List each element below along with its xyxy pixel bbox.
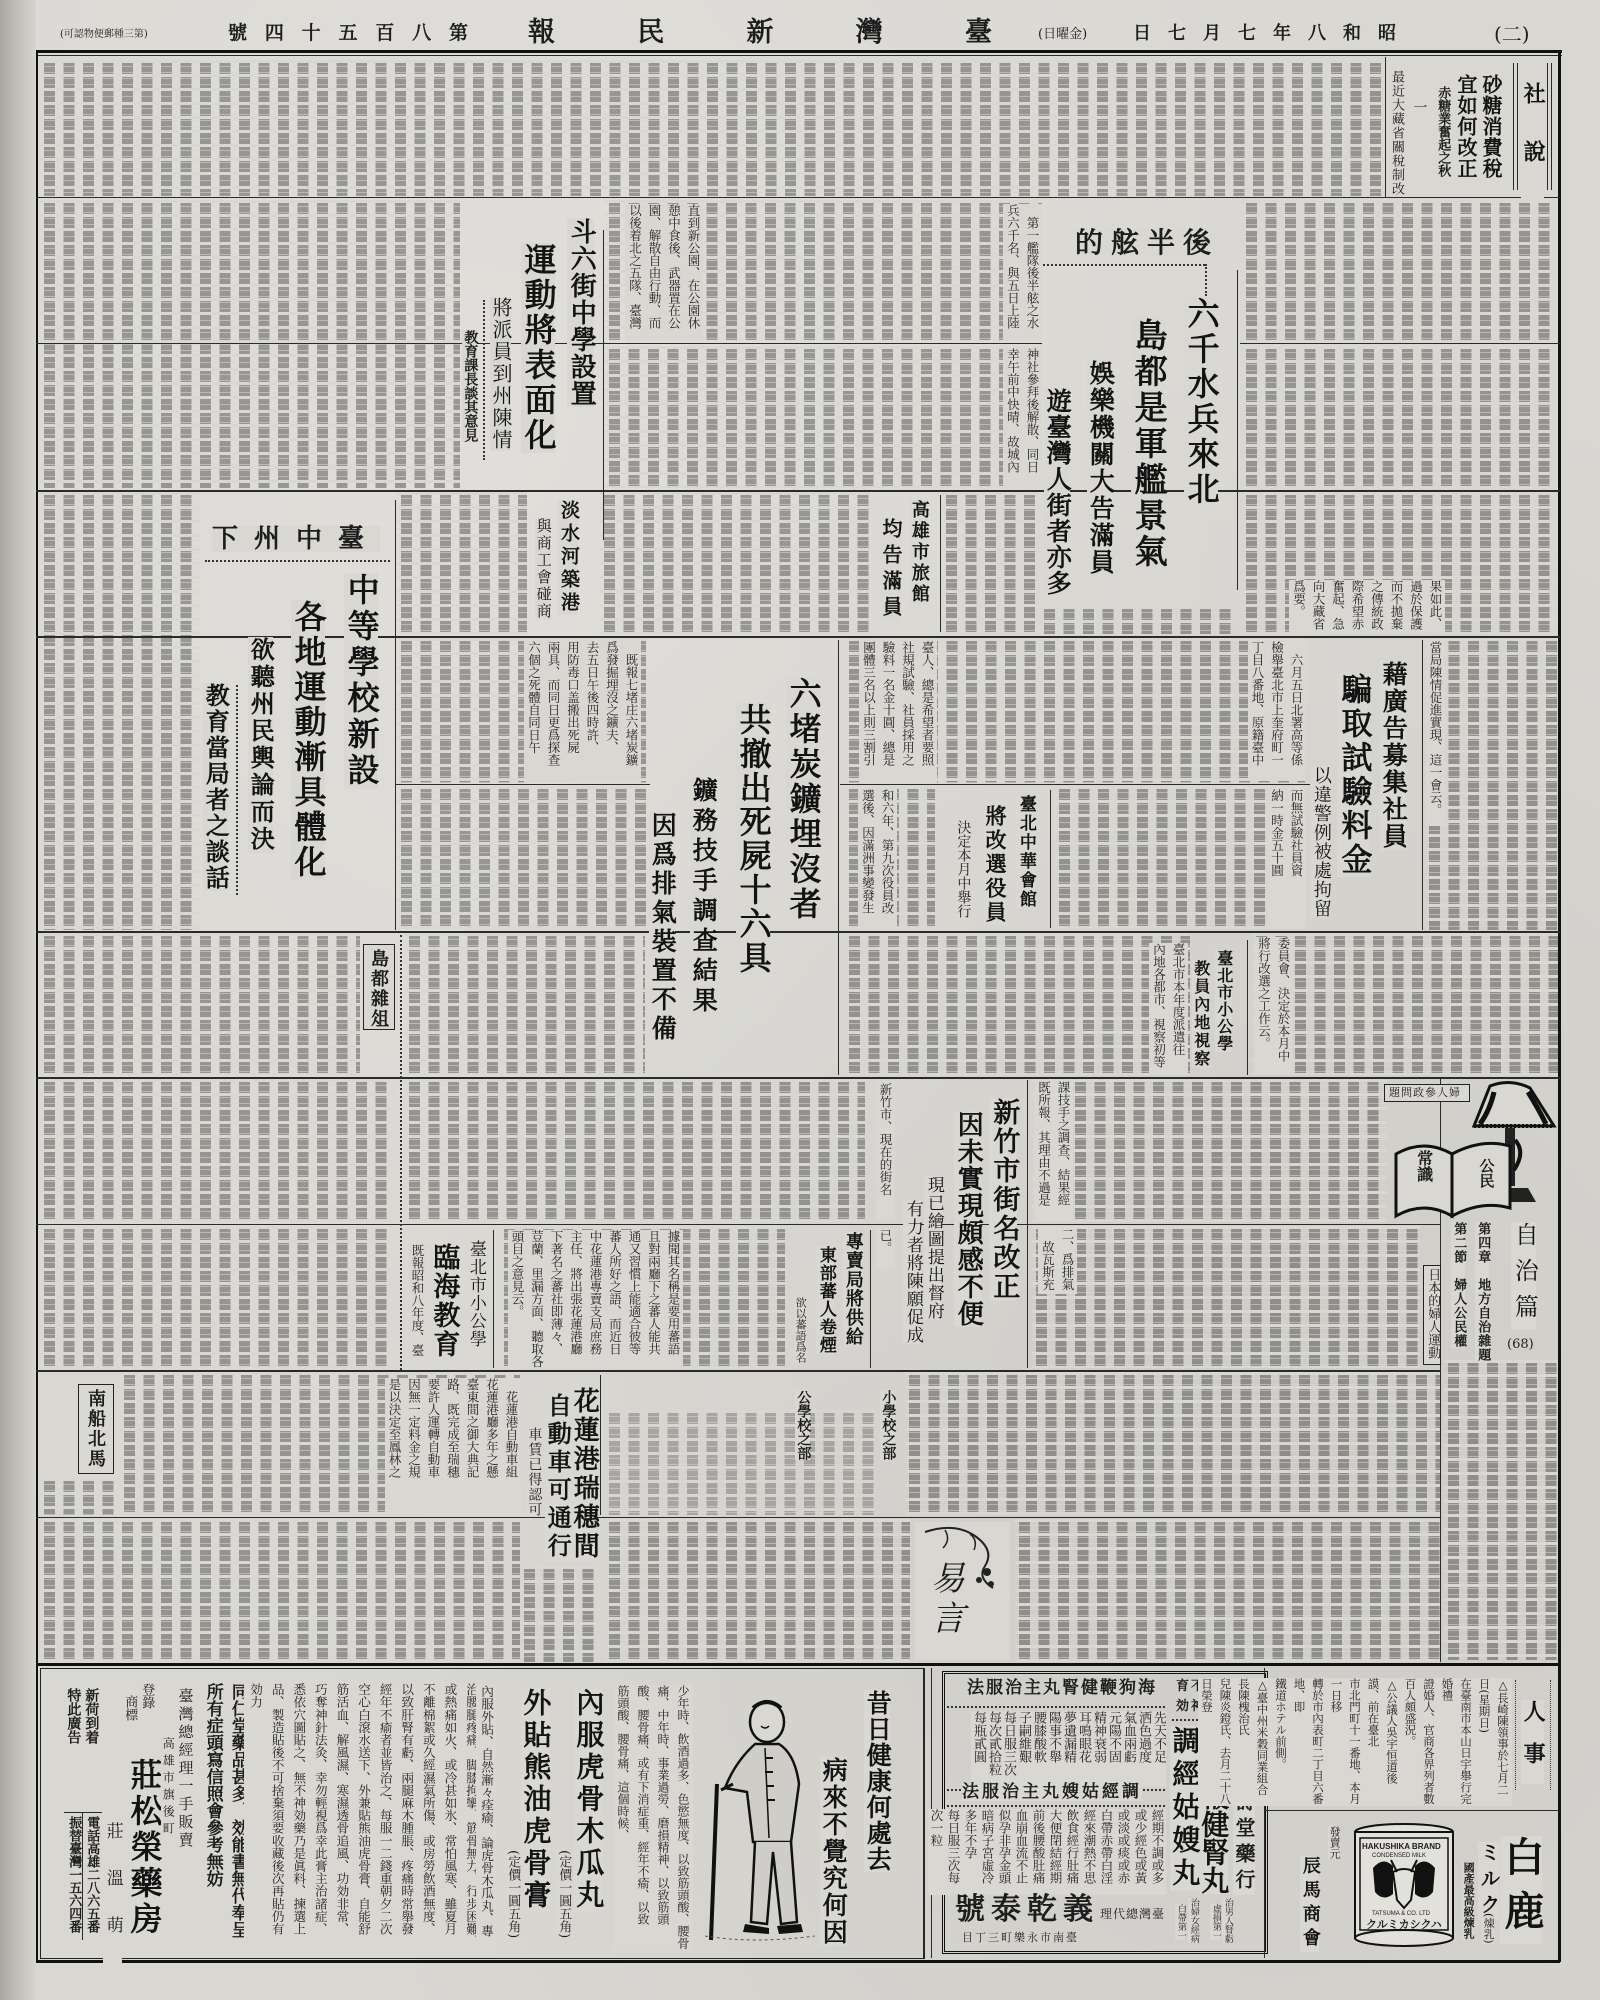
ad-agent-name: 義乾泰號 <box>955 1895 1099 1925</box>
ad-usage-table: 先天不足 洒色過度 氣血兩虧 元陽不固 精神衰弱 耳鳴眼花 夢遺漏精 陽事不舉 … <box>971 1711 1166 1787</box>
chinese-assoc-headline: 將改選役員 <box>984 805 1006 925</box>
chinese-assoc-body-end: 委員會、決定於本月中 將行改選之工作云。 <box>1254 937 1293 1075</box>
issue-date: 昭和八年七月七日 <box>1133 25 1396 43</box>
wavy-rule <box>236 685 238 895</box>
seaside-body: 既報昭和八年度、臺 <box>408 1244 428 1366</box>
can-brand-text: HAKUSHIKA BRAND <box>1362 1843 1441 1851</box>
travel-label-text: 南船北馬 <box>86 1389 104 1469</box>
navy-subhead: 遊臺灣人街者亦多 <box>1044 388 1070 596</box>
milk-seller-label: 發賣元 <box>1328 1826 1340 1859</box>
text-block <box>40 1519 520 1662</box>
text-block <box>1040 606 1238 634</box>
kaohsiung-headline: 高雄市旅館 <box>909 500 928 605</box>
editorial-title: 宜如何改正 <box>1455 74 1476 179</box>
ad-usage-title: 調經姑嫂丸主治服法 <box>962 1784 1142 1801</box>
text-block <box>905 1372 1440 1515</box>
ad-price: (定價一圓五角) <box>505 1850 519 1938</box>
middle-school-headline: 各地運動漸具體化 <box>291 600 325 880</box>
hsinchu-headline: 因未實現頗感不便 <box>954 1111 981 1327</box>
text-block <box>40 1478 120 1515</box>
torn-paper-edge <box>0 0 36 2000</box>
wavy-rule <box>483 300 485 460</box>
douliu-headline: 運動將表面化 <box>521 243 555 453</box>
navy-kicker: 後半舷的 <box>1075 229 1219 257</box>
ad-shop-name: 莊松榮藥房 <box>127 1758 161 1938</box>
coal-mine-headline: 六堵炭鑛埋沒者 <box>786 677 820 922</box>
personnel-items: △長崎陳領事於七月二日(星期日) 在臺南市本山日宇舉行完婚禮 證婚人、官商各界列… <box>1198 1678 1513 1806</box>
wavy-rule <box>1205 264 1207 296</box>
page-number: (二) <box>1494 24 1530 44</box>
teachers-headline: 臺北市小公學 <box>1215 950 1232 1052</box>
hualien-body: 花蓮港自動車組 花蓮港廳多年之懸 臺東間之御大典記 路、既完成至瑞穗 要許人運轉… <box>385 1378 522 1513</box>
column-rule <box>1027 1080 1028 1368</box>
hsinchu-subhead: 有力者將陳願促成 <box>903 1200 921 1344</box>
island-capital-column-label: 島都雜俎 <box>363 944 395 1030</box>
text-block <box>40 1079 395 1222</box>
text-block <box>405 1079 865 1222</box>
milk-product-note: (煉乳) <box>1482 1913 1494 1944</box>
hualien-headline: 花蓮港瑞穗間 <box>570 1387 597 1561</box>
row-rule <box>36 1517 1440 1518</box>
ad-tiger-body-2: 內服外貼、自然漸々痊瘉、論虎骨木瓜丸、專 <box>476 1685 496 1955</box>
kaohsiung-headline: 均告滿員 <box>880 518 901 622</box>
douliu-inner-head: 教育課長談其意見 <box>462 330 477 442</box>
row-rule <box>36 931 1560 933</box>
ad-fraud-body: 六月五日北署高等係 檢舉臺北市上奎府町一 丁目八番地、原籍臺中 <box>1248 641 1307 781</box>
ad-fraud-headline: 藉廣告募集社員 <box>1380 661 1406 850</box>
editorial-box-line <box>1551 63 1552 190</box>
douliu-subhead: 將派員到州陳情 <box>490 297 511 451</box>
hsinchu-body-end: 已。 <box>876 1229 896 1269</box>
ad-owner: 莊溫萌 <box>103 1822 122 1963</box>
teachers-body: 臺北市本年度派遣往 內地各都市、視察初等 <box>1149 943 1188 1075</box>
ad-usage-table: 經期不調或多 或少經色或黃 或淡或痰或赤 白帶赤帶白淫 經來潮熱不思 飲食經行肚… <box>928 1809 1166 1895</box>
text-block <box>397 786 647 929</box>
ad-agent-address: 臺南市永樂町三丁目 <box>962 1932 1079 1943</box>
ads-rule <box>36 1663 1560 1666</box>
text-block <box>605 1519 910 1662</box>
wavy-rule <box>205 560 390 562</box>
ad-fraud-body: 臺人、總是希望者要照 社規試驗、社員採用之 驗料一名金十圓、總是 團體三名以上則… <box>859 641 937 783</box>
text-block <box>1032 1226 1420 1368</box>
text-block <box>605 1410 875 1515</box>
navy-headline: 島都是軍艦景氣 <box>1131 318 1166 570</box>
ad-slogan: 昔日健康何處去 <box>864 1690 890 1872</box>
hualien-headline: 自動車可通行 <box>545 1393 570 1561</box>
ad-catalog-line: 所有症頭寫信照會參考無妨 <box>203 1683 222 1887</box>
ad-product-name: 內服虎骨木瓜丸 <box>574 1688 603 1912</box>
editorial-lead: 最近大藏省關稅制改 <box>1390 70 1403 196</box>
book-right-text: 公民 <box>1478 1158 1495 1188</box>
text-block <box>405 933 645 1075</box>
ad-note: 治婦女經病 <box>1188 1898 1198 1943</box>
text-block <box>600 492 870 634</box>
can-maker-text: TATSUMA & CO. LTD <box>1372 1911 1430 1917</box>
column-rule <box>1247 940 1248 1075</box>
monopoly-headline: 專賣局將供給 <box>843 1232 862 1346</box>
phone-bracket <box>64 1812 102 1813</box>
seaside-headline: 臨海教育 <box>429 1243 457 1359</box>
text-block <box>40 1226 395 1368</box>
ad-transfer: 振替臺灣一五六四番 <box>66 1816 80 1933</box>
milk-product: ミルク <box>1478 1842 1499 1920</box>
ad-agent-label: 臺灣總代理 <box>1100 1908 1165 1920</box>
chinese-assoc-headline: 臺北中華會館 <box>1016 795 1034 909</box>
text-block <box>40 933 360 1075</box>
row-rule <box>36 1224 1440 1225</box>
personnel-label-rule <box>1550 1680 1551 1790</box>
civics-box-label-text: 婦人參政問題 <box>1389 1087 1461 1098</box>
ad-tiger-body: 少年時、飲酒過多、色慾無度、以致筋頭酸、腰骨 痛、中年時、事業過勞、磨損精神、以… <box>613 1685 693 1951</box>
ad-fraud-subhead: 以違警例被處拘留 <box>1311 766 1330 918</box>
middle-school-subhead: 欲聽州民輿論而決 <box>248 637 273 853</box>
teachers-headline: 教員內地視察 <box>1192 960 1209 1068</box>
hsinchu-body: 新竹市、現在的街名 <box>876 1083 896 1219</box>
ad-notice: 特此廣告 <box>65 1688 80 1744</box>
text-block <box>1015 1519 1440 1662</box>
column-rule <box>603 230 604 540</box>
coal-mine-body: 既報七堵庄六堵炭鑛 爲發掘埋沒之鑛夫、 去五日午後四時許、 用防毒口盖搬出死屍 … <box>524 641 641 783</box>
text-block <box>1444 1360 1558 1660</box>
editorial-label: 社說 <box>1521 82 1544 198</box>
masthead-rule <box>36 50 1562 53</box>
column-rule <box>1422 640 1423 930</box>
chinese-assoc-body: 和六年、第九次役員改 選後、因滿洲事變發生 <box>858 789 897 929</box>
row-rule <box>36 197 1560 198</box>
column-rule <box>870 1230 871 1368</box>
column-rule <box>940 495 941 632</box>
ad-divider <box>923 1668 924 1958</box>
civics-series-title: 自治篇 <box>1511 1222 1536 1330</box>
text-block <box>397 492 527 634</box>
phone-bracket <box>82 1812 83 1940</box>
tamsui-headline: 淡水河築港 <box>558 500 578 615</box>
masthead-rule-thin <box>36 55 1562 56</box>
ad-zhuang-body: 治腰腿疼痛、脚膝拘攣、筋骨無力、行步困難、 或熱痛如火、或冷甚如氷、常怕風寒、雖… <box>244 1683 482 1955</box>
ad-divider <box>1264 1810 1560 1811</box>
newspaper-page: (第三種郵便物認可) 第八百五十四號 臺灣新民報 (金曜日) 昭和八年七月七日 … <box>0 0 1600 2000</box>
text-block <box>40 60 1385 196</box>
row-rule <box>1240 343 1560 344</box>
row-rule <box>36 1077 1560 1079</box>
navy-subhead: 娛樂機關大告滿員 <box>1087 360 1113 576</box>
editorial-title: 砂糖消費稅 <box>1480 74 1501 179</box>
column-rule <box>1237 270 1238 590</box>
personnel-label-rule <box>1515 1680 1516 1790</box>
text-block <box>1242 200 1558 340</box>
hualien-subhead: 車賃已得認可 <box>526 1427 541 1517</box>
schedule-public: 公學校之部 <box>795 1390 810 1460</box>
middle-school-headline: 中等學校新設 <box>344 573 378 789</box>
civics-chapter: 第四章 地方自治雜題 <box>1475 1222 1489 1362</box>
text-block <box>942 492 1040 634</box>
row-rule <box>36 490 1560 492</box>
personnel-label: 人事 <box>1521 1700 1544 1784</box>
bottom-rule <box>36 1960 1560 1963</box>
navy-body: 直到新公園、在公園休 憩中食後、武器置在公 園、解散自由行動、而 以後着北之五隊… <box>625 204 703 341</box>
ad-product-name: 外貼熊油虎骨膏 <box>521 1688 550 1912</box>
text-block <box>1242 346 1558 488</box>
ad-address: 高雄市旗後町 <box>161 1737 174 1839</box>
editorial-section-mark: 一 <box>1411 100 1426 114</box>
text-block <box>520 1566 600 1662</box>
coal-mine-subhead: 鑛務技手調查結果 <box>690 777 716 1017</box>
ad-product-name: 調經姑嫂丸 <box>1170 1726 1199 1891</box>
ad-note: 虛損第一 <box>1210 1904 1220 1940</box>
ad-slogan: 病來不覺究何因 <box>820 1757 846 1946</box>
ad-fraud-headline: 騙取試驗料金 <box>1337 673 1370 877</box>
wavy-rule <box>1040 264 1205 266</box>
navy-headline: 六千水兵來北 <box>1184 297 1218 507</box>
ad-trademark: 登錄 <box>139 1683 153 1709</box>
island-capital-label-text: 島都雜俎 <box>369 949 387 1029</box>
row-rule <box>395 784 650 785</box>
editorial-box-line <box>1513 63 1514 190</box>
ad-trademark: 商標 <box>122 1695 136 1721</box>
coal-mine-body: 二、爲排氣 故瓦斯充 <box>1038 1228 1077 1294</box>
wavy-rule <box>947 1706 1165 1708</box>
chinese-assoc-subhead: 決定本月中舉行 <box>955 820 970 918</box>
wavy-rule <box>947 1805 1165 1807</box>
row-rule <box>36 1370 1440 1372</box>
editorial-column-tails: 果如此、 過於保護 而不拋棄 之傳統政 際希望赤 奮起、急 向大藏省 爲要。 <box>1289 580 1445 634</box>
text-block <box>1252 933 1558 1075</box>
text-block <box>40 200 460 488</box>
travel-column-label: 南船北馬 <box>78 1384 114 1474</box>
milk-brand: 白鹿 <box>1500 1836 1542 1944</box>
can-kana-text: ハクシカミルク <box>1366 1919 1442 1930</box>
book-left-text: 常識 <box>1415 1150 1433 1182</box>
can-type-text: CONDENSED MILK <box>1372 1853 1426 1859</box>
column-rule <box>838 640 839 1075</box>
old-man-with-cane-illustration <box>695 1692 825 1952</box>
navy-body: 第一艦隊後半舷之水 兵六千名、與五日上陸 <box>1003 204 1042 341</box>
row-rule <box>840 784 1310 785</box>
monopoly-headline: 東部蕃人卷煙 <box>816 1246 834 1354</box>
milk-tagline: 國產最高級煉乳 <box>1462 1862 1474 1939</box>
weekday: (金曜日) <box>1038 28 1087 41</box>
seaside-subhead: 臺北市小公學 <box>466 1240 484 1348</box>
text-block <box>40 492 200 930</box>
text-block <box>845 933 1190 1075</box>
coal-mine-body: 課技手之調查、結果經 既所報、其理由不過是 <box>1034 1081 1073 1219</box>
text-block <box>1032 1079 1387 1222</box>
editorial-box-line <box>1547 63 1548 190</box>
wavy-rule <box>400 935 402 1370</box>
navy-body: 神社參拜後解散、同日 幸午前中快晴、故城內 <box>1003 348 1042 486</box>
text-block <box>605 346 1042 488</box>
civics-subhead-box: 日本的婦人運動 <box>1423 1265 1441 1365</box>
coal-mine-subhead: 因爲排氣裝置不備 <box>649 812 675 1044</box>
milk-seller: 辰馬商會 <box>1300 1856 1319 1952</box>
middle-school-subhead: 教育當局者之談話 <box>203 683 228 891</box>
civics-section: 第二節 婦人公民權 <box>1451 1222 1465 1348</box>
coal-mine-headline: 共撤出死屍十六具 <box>736 703 770 975</box>
ad-phone: 電話高雄二八六五番 <box>84 1816 98 1933</box>
ad-usage-title: 海狗鞭健腎丸主治服法 <box>967 1680 1157 1697</box>
hsinchu-subhead: 現已繪圖提出督府 <box>924 1176 942 1320</box>
prior-article-end: 當局陳情促進實現、這一會云。 <box>1426 641 1446 826</box>
ad-notice: 新荷到着 <box>83 1688 98 1744</box>
ad-fraud-body: 而無試驗社員資 納一時金五十圓 <box>1267 789 1306 927</box>
ad-distributor: 臺灣總經理一手販賣 <box>177 1688 194 1850</box>
middle-school-kicker: 臺中州下 <box>212 526 380 552</box>
tamsui-subhead: 與商工會碰商 <box>535 518 551 620</box>
civics-box-label: 婦人參政問題 <box>1384 1084 1470 1102</box>
ad-note: 白帶第一 <box>1175 1904 1185 1940</box>
ad-note: 治男人腎虧 <box>1222 1898 1232 1943</box>
monopoly-subhead: 欲以蕃語爲名 <box>794 1297 806 1363</box>
civics-series-number: (68) <box>1507 1338 1534 1351</box>
open-book-icon <box>1392 1132 1514 1220</box>
schedule-elementary: 小學校之部 <box>880 1390 895 1460</box>
postal-note: (第三種郵便物認可) <box>60 30 148 40</box>
column-rule <box>600 1375 601 1515</box>
column-rule <box>395 500 396 930</box>
calligraphy-text: 易言 <box>925 1560 962 1640</box>
douliu-headline: 斗六街中學設置 <box>567 218 594 407</box>
column-rule <box>493 1230 494 1368</box>
column-rule <box>1050 790 1051 928</box>
editorial-subtitle: 赤糖業奮起之秋 <box>1435 86 1449 177</box>
column-rule <box>1385 57 1386 197</box>
frame-right <box>1558 50 1561 1962</box>
editorial-box-line <box>1517 63 1518 190</box>
ad-price: (定價一圓五角) <box>556 1850 570 1938</box>
newspaper-title: 臺灣新民報 <box>528 19 992 46</box>
hsinchu-headline: 新竹市街名改正 <box>989 1098 1017 1301</box>
civics-subhead: 日本的婦人運動 <box>1425 1268 1439 1359</box>
issue-number: 第八百五十四號 <box>228 24 468 43</box>
monopoly-body: 據聞其名稱是要用蕃語 且對兩廳下之蕃人能共 通又習慣上能適合彼等 蕃人所好之語、… <box>508 1230 684 1368</box>
frame-left <box>36 50 38 1962</box>
